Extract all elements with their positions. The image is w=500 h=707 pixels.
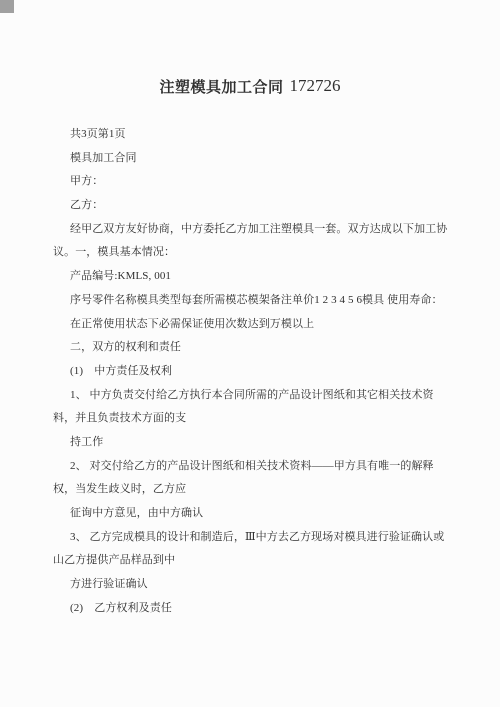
- document-title: 注塑模具加工合同172726: [0, 76, 500, 97]
- document-title-text: 注塑模具加工合同: [159, 80, 283, 96]
- document-title-number: 172726: [290, 76, 341, 95]
- text-line: 料，并且负责技术方面的支: [53, 407, 480, 431]
- text-line: 2、 对交付给乙方的产品设计图纸和相关技术资料——甲方具有唯一的解释: [53, 455, 480, 479]
- text-line: (2) 乙方权利及责任: [53, 597, 480, 621]
- text-line: 模具加工合同: [53, 147, 480, 171]
- document-body: 共3页第1页模具加工合同甲方：乙方：经甲乙双方友好协商，中方委托乙方加工注塑模具…: [53, 123, 480, 620]
- text-line: 序号零件名称模具类型每套所需模芯模架备注单价1 2 3 4 5 6模具 使用寿命…: [53, 289, 480, 313]
- text-line: 共3页第1页: [53, 123, 480, 147]
- text-line: 二，双方的权利和责任: [53, 336, 480, 360]
- text-line: 权，当发生歧义时，乙方应: [53, 478, 480, 502]
- text-line: 议。一，模具基本情况：: [53, 241, 480, 265]
- text-line: 甲方：: [53, 170, 480, 194]
- text-line: 征询中方意见，由中方确认: [53, 502, 480, 526]
- text-line: 在正常使用状态下必需保证使用次数达到万模以上: [53, 313, 480, 337]
- text-line: 山乙方提供产品样品到中: [53, 549, 480, 573]
- text-line: 经甲乙双方友好协商，中方委托乙方加工注塑模具一套。双方达成以下加工协: [53, 218, 480, 242]
- text-line: 持工作: [53, 431, 480, 455]
- text-line: 3、 乙方完成模具的设计和制造后，Ⅲ中方去乙方现场对模具进行验证确认或: [53, 526, 480, 550]
- text-line: 1、 中方负责交付给乙方执行本合同所需的产品设计图纸和其它相关技术资: [53, 384, 480, 408]
- text-line: (1) 中方责任及权利: [53, 360, 480, 384]
- scan-corner-artifact: [0, 0, 14, 13]
- text-line: 乙方：: [53, 194, 480, 218]
- document-page: 注塑模具加工合同172726 共3页第1页模具加工合同甲方：乙方：经甲乙双方友好…: [0, 0, 500, 707]
- text-line: 方进行验证确认: [53, 573, 480, 597]
- text-line: 产品编号:KMLS, 001: [53, 265, 480, 289]
